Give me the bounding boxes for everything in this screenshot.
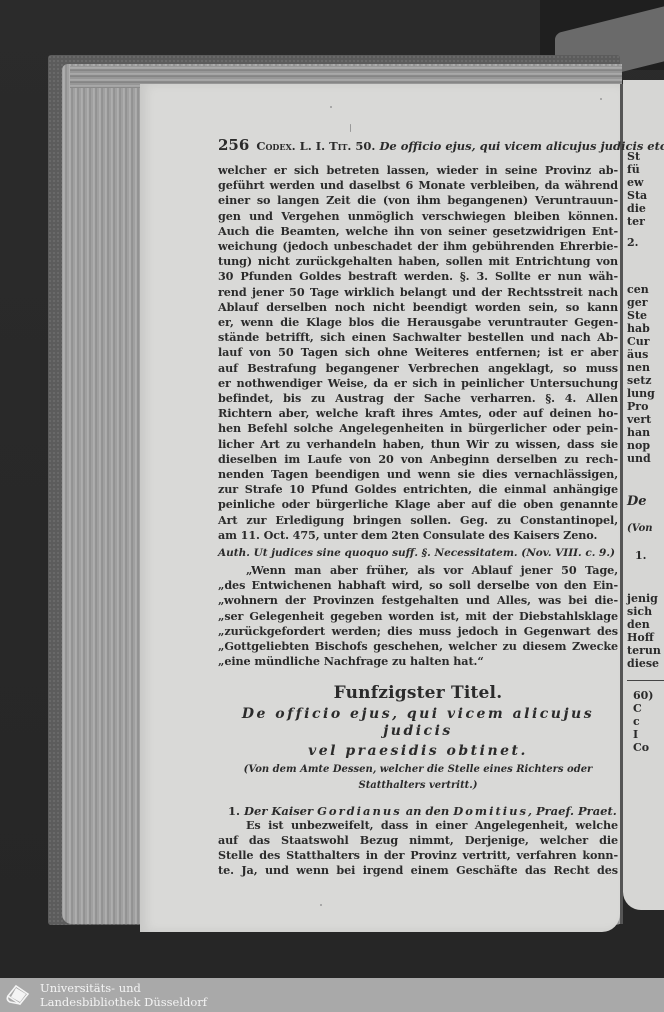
- text-line: I: [629, 728, 664, 741]
- text-line: Pro: [623, 400, 664, 413]
- text-line: den: [623, 618, 664, 631]
- text-line: Richtern aber, welche kraft ihres Amtes,…: [218, 406, 618, 421]
- quotation-block: „Wenn man aber früher, als vor Ablauf je…: [218, 563, 618, 669]
- text-line: Auch die Beamten, welche ihn von seiner …: [218, 224, 618, 239]
- text-line: diese: [623, 657, 664, 670]
- text-line: er, wenn die Klage blos die Herausgabe v…: [218, 315, 618, 330]
- running-head-title: De officio ejus, qui vicem alicujus judi…: [379, 139, 664, 153]
- page-content: 256 Codex. L. I. Tit. 50. De officio eju…: [218, 136, 618, 878]
- law-body: Es ist unbezweifelt, dass in einer Angel…: [218, 818, 618, 879]
- text-line: äus: [623, 348, 664, 361]
- text-line: 30 Pfunden Goldes bestraft werden. §. 3.…: [218, 269, 618, 284]
- law-recipient-name: Domitius: [453, 804, 528, 818]
- text-line: „ser Gelegenheit gegeben worden ist, mit…: [218, 609, 618, 624]
- page-number: 256: [218, 136, 249, 154]
- facing-page-marker: 2.: [623, 236, 664, 249]
- latin-title-line2: vel praesidis obtinet.: [218, 743, 618, 760]
- text-line: „Wenn man aber früher, als vor Ablauf je…: [218, 563, 618, 578]
- facing-page-heading: De: [623, 495, 664, 508]
- law-emperor-name: Gordianus: [317, 804, 402, 818]
- text-line: dieselben im Laufe von 20 von Anbeginn d…: [218, 452, 618, 467]
- facing-page-subheading: (Von: [623, 522, 664, 535]
- running-head-codex: Codex. L. I. Tit. 50.: [256, 139, 375, 153]
- library-name: Universitäts- und Landesbibliothek Düsse…: [40, 981, 207, 1009]
- text-line: Stelle des Statthalters in der Provinz v…: [218, 848, 618, 863]
- text-line: te. Ja, und wenn bei irgend einem Geschä…: [218, 863, 618, 878]
- text-line: weichung (jedoch unbeschadet der ihm geb…: [218, 239, 618, 254]
- text-line: han: [623, 426, 664, 439]
- text-line: fü: [623, 163, 664, 176]
- text-line: terun: [623, 644, 664, 657]
- text-line: auf Bestrafung begangener Verbrechen ang…: [218, 361, 618, 376]
- text-line: gen und Vergehen unmöglich verschwiegen …: [218, 209, 618, 224]
- footer-bar: Universitäts- und Landesbibliothek Düsse…: [0, 978, 664, 1012]
- text-line: geführt werden und daselbst 6 Monate ver…: [218, 178, 618, 193]
- library-name-line2: Landesbibliothek Düsseldorf: [40, 995, 207, 1009]
- text-line: ger: [623, 296, 664, 309]
- text-line: zur Strafe 10 Pfund Goldes entrichten, d…: [218, 482, 618, 497]
- library-name-line1: Universitäts- und: [40, 981, 207, 995]
- text-line: licher Art zu verhandeln haben, thun Wir…: [218, 437, 618, 452]
- text-line: „des Entwichenen habhaft wird, so soll d…: [218, 578, 618, 593]
- text-line: 60): [629, 689, 664, 702]
- text-line: nenden Tagen beendigen und wenn sie dies…: [218, 467, 618, 482]
- text-line: welcher er sich betreten lassen, wieder …: [218, 163, 618, 178]
- text-line: stände betrifft, sich einen Sachwalter b…: [218, 330, 618, 345]
- text-line: vert: [623, 413, 664, 426]
- text-line: tung) nicht zurückgehalten haben, sollen…: [218, 254, 618, 269]
- facing-page-block1: StfüewStadieter: [623, 150, 664, 228]
- text-line: rend jener 50 Tage wirklich belangt und …: [218, 285, 618, 300]
- text-line: jenig: [623, 592, 664, 605]
- text-line: „wohnern der Provinzen festgehalten und …: [218, 593, 618, 608]
- text-line: Art zur Erledigung bringen sollen. Geg. …: [218, 513, 618, 528]
- text-line: Es ist unbezweifelt, dass in einer Angel…: [218, 818, 618, 833]
- paragraph-body: welcher er sich betreten lassen, wieder …: [218, 163, 618, 543]
- law-heading-part-a: Der Kaiser: [244, 804, 313, 818]
- facing-page-item: 1.: [623, 549, 664, 562]
- law-heading: 1. Der Kaiser Gordianus an den Domitius,…: [218, 804, 618, 818]
- section-title-block: Funfzigster Titel. De officio ejus, qui …: [218, 683, 618, 792]
- german-title-line2: Statthalters vertritt.): [218, 779, 618, 792]
- text-line: „eine mündliche Nachfrage zu halten hat.…: [218, 654, 618, 669]
- text-line: am 11. Oct. 475, unter dem 2ten Consulat…: [218, 528, 618, 543]
- text-line: „Gottgeliebten Bischofs geschehen, welch…: [218, 639, 618, 654]
- text-line: C: [629, 702, 664, 715]
- text-line: Co: [629, 741, 664, 754]
- text-line: Ablauf derselben noch nicht beendigt wor…: [218, 300, 618, 315]
- facing-page: StfüewStadieter 2. cengerStehabCuräusnen…: [623, 80, 664, 910]
- facing-page-block2: cengerStehabCuräusnensetzlungProverthann…: [623, 283, 664, 465]
- text-line: hab: [623, 322, 664, 335]
- book-logo-icon: [4, 982, 34, 1008]
- law-number: 1.: [228, 804, 240, 818]
- text-line: und: [623, 452, 664, 465]
- text-line: Ste: [623, 309, 664, 322]
- text-line: setz: [623, 374, 664, 387]
- text-line: hen Befehl solche Angelegenheiten in bür…: [218, 421, 618, 436]
- text-line: peinliche oder bürgerliche Klage aber au…: [218, 497, 618, 512]
- text-line: befindet, bis zu Austrag der Sache verha…: [218, 391, 618, 406]
- text-line: Sta: [623, 189, 664, 202]
- text-line: lauf von 50 Tagen sich ohne Weiteres ent…: [218, 345, 618, 360]
- text-line: Cur: [623, 335, 664, 348]
- law-heading-part-b: an den: [406, 804, 450, 818]
- text-line: einer so langen Zeit die (von ihm begang…: [218, 193, 618, 208]
- text-line: ew: [623, 176, 664, 189]
- law-heading-part-c: , Praef. Praet.: [528, 804, 617, 818]
- text-line: ter: [623, 215, 664, 228]
- text-line: er nothwendiger Weise, da er sich in pei…: [218, 376, 618, 391]
- german-title-line1: (Von dem Amte Dessen, welcher die Stelle…: [218, 763, 618, 776]
- running-head: 256 Codex. L. I. Tit. 50. De officio eju…: [218, 136, 618, 154]
- text-line: sich: [623, 605, 664, 618]
- latin-title-line1: De officio ejus, qui vicem alicujus judi…: [218, 706, 618, 740]
- text-line: auf das Staatswohl Bezug nimmt, Derjenig…: [218, 833, 618, 848]
- text-line: „zurückgefordert werden; dies muss jedoc…: [218, 624, 618, 639]
- text-line: Hoff: [623, 631, 664, 644]
- facing-page-block3: jenigsichdenHoffterundiese: [623, 592, 664, 670]
- text-line: nop: [623, 439, 664, 452]
- text-line: cen: [623, 283, 664, 296]
- text-line: nen: [623, 361, 664, 374]
- text-line: lung: [623, 387, 664, 400]
- authentica-reference: Auth. Ut judices sine quoquo suff. §. Ne…: [218, 546, 618, 561]
- text-line: c: [629, 715, 664, 728]
- facing-page-footnote: 60)CcICo: [623, 689, 664, 754]
- section-title: Funfzigster Titel.: [218, 683, 618, 703]
- text-line: die: [623, 202, 664, 215]
